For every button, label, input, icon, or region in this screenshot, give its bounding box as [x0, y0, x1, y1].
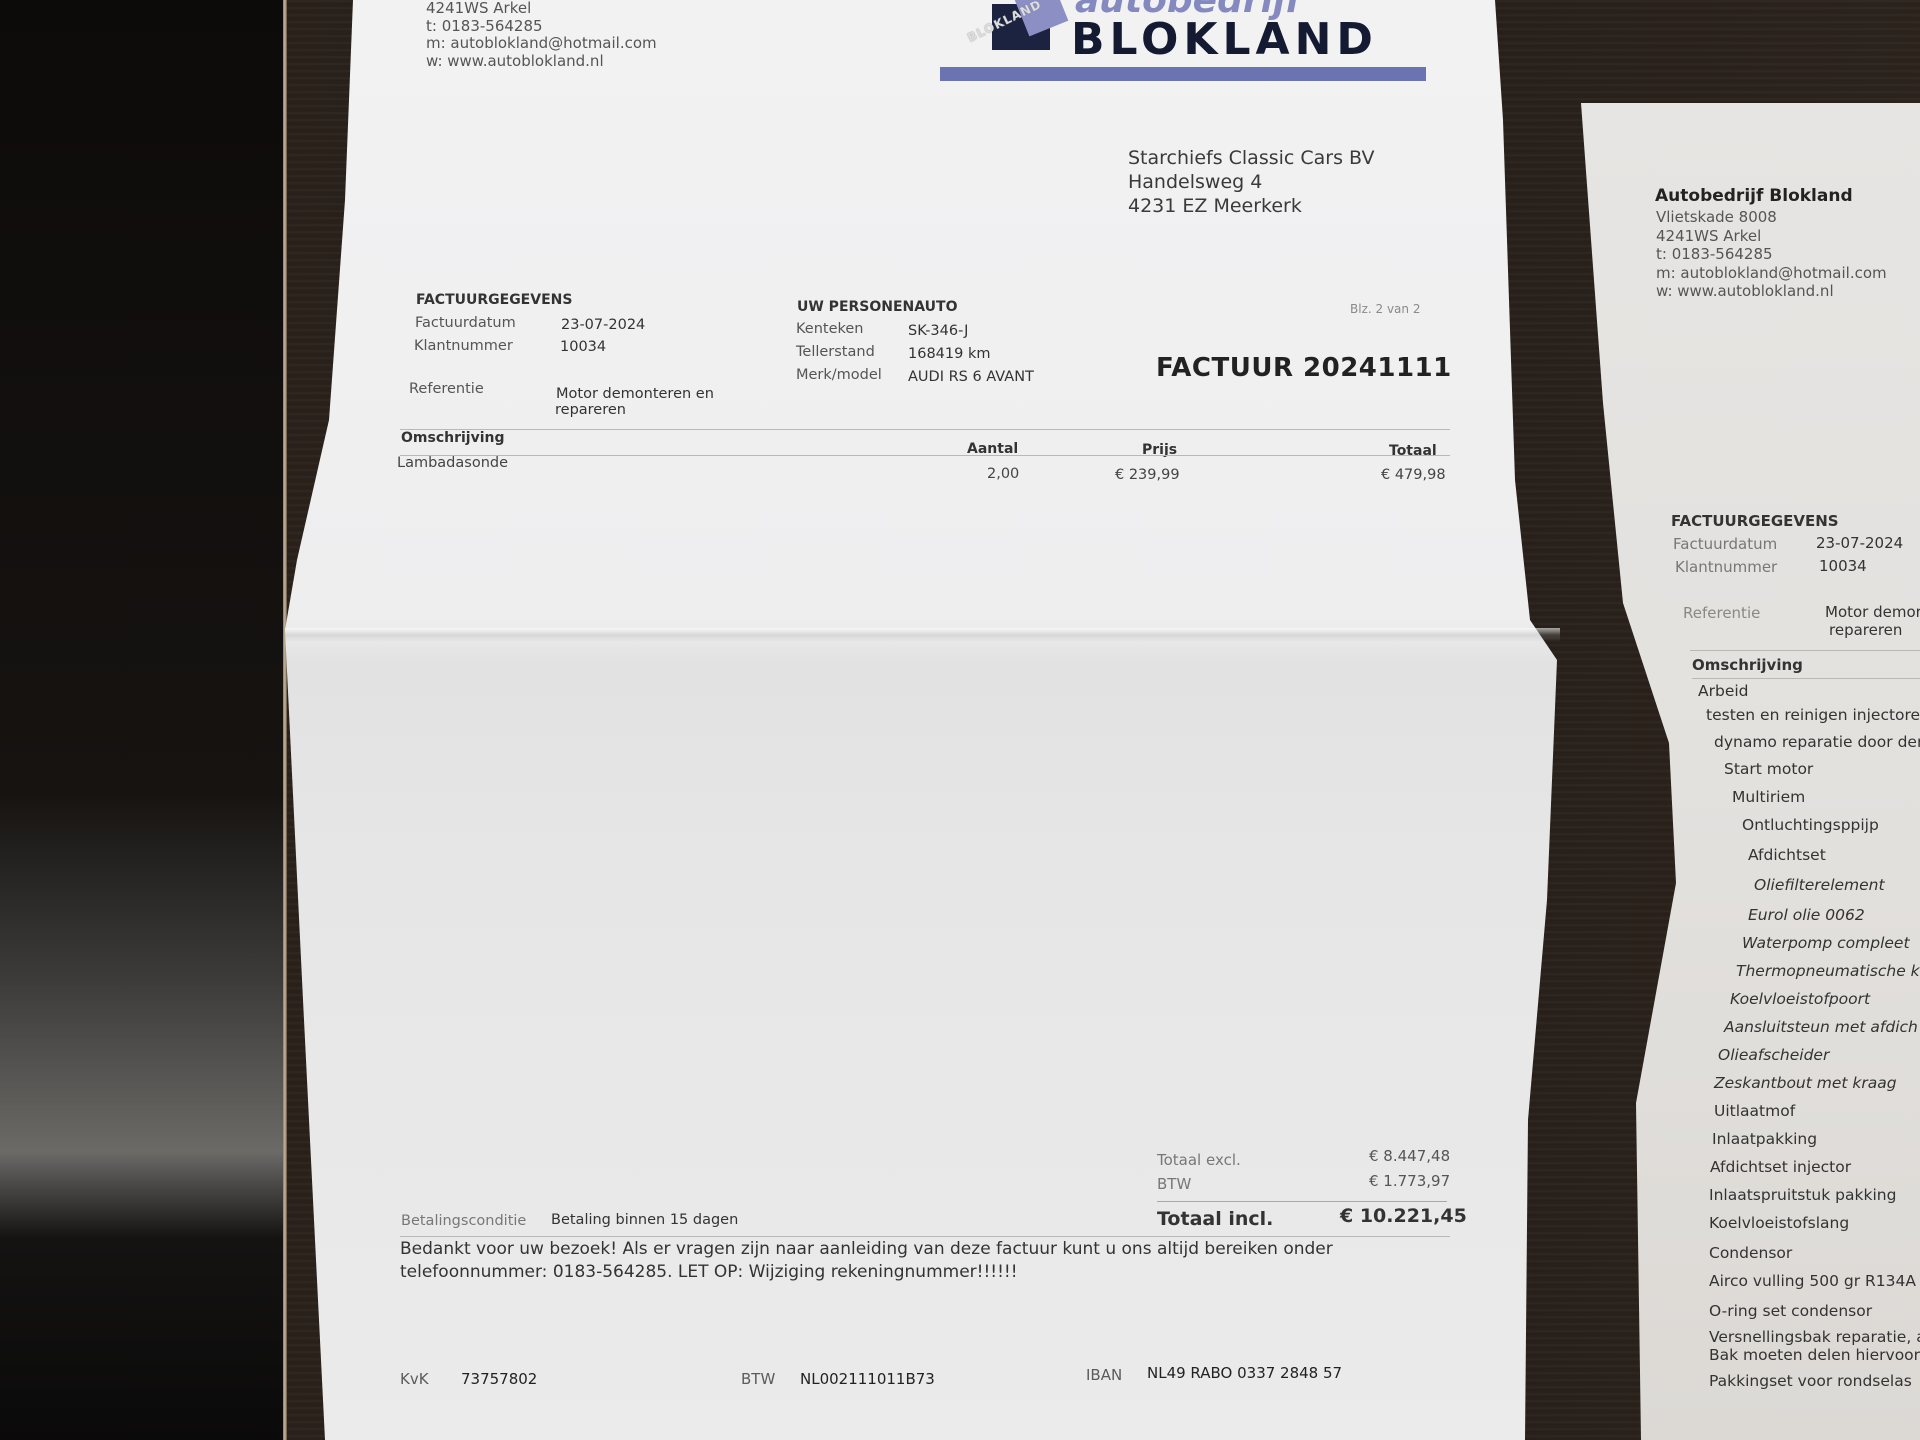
referentie-label: Referentie: [409, 381, 484, 397]
kvk-label: KvK: [400, 1370, 429, 1388]
second-item: Condensor: [1709, 1244, 1792, 1262]
second-item: dynamo reparatie door der: [1714, 733, 1920, 751]
totaal-incl-label: Totaal incl.: [1157, 1208, 1273, 1230]
factuurdatum-value: 23-07-2024: [561, 317, 645, 333]
row-totaal: € 479,98: [1381, 467, 1446, 483]
brand-name: BLOKLAND: [1071, 14, 1378, 65]
second-item: Uitlaatmof: [1714, 1102, 1795, 1120]
sender-line: 4241WS Arkel: [426, 0, 657, 18]
second-item: Thermopneumatische k: [1736, 962, 1920, 980]
col-header-omschrijving: Omschrijving: [401, 430, 505, 446]
second-item: Oliefilterelement: [1754, 876, 1885, 894]
factuurdatum-label: Factuurdatum: [415, 315, 516, 331]
second-item: Ontluchtingsppijp: [1742, 816, 1879, 834]
second-item: Eurol olie 0062: [1748, 906, 1865, 924]
iban-label: IBAN: [1086, 1366, 1122, 1384]
second-klantnummer-value: 10034: [1819, 557, 1867, 575]
tellerstand-value: 168419 km: [908, 346, 990, 362]
totaal-incl-value: € 10.221,45: [1340, 1205, 1467, 1227]
vehicle-title: UW PERSONENAUTO: [797, 299, 958, 315]
footer-rule: [400, 1236, 1450, 1237]
recipient-name: Starchiefs Classic Cars BV: [1128, 146, 1375, 170]
second-item: Koelvloeistofslang: [1709, 1214, 1849, 1232]
message-line2: telefoonnummer: 0183-564285. LET OP: Wij…: [400, 1261, 1333, 1284]
second-address-line: 4241WS Arkel: [1656, 227, 1887, 246]
second-item: Start motor: [1724, 760, 1813, 778]
second-item: Multiriem: [1732, 788, 1805, 806]
sender-email: m: autoblokland@hotmail.com: [426, 35, 657, 53]
recipient-city: 4231 EZ Meerkerk: [1128, 194, 1375, 218]
merk-model-label: Merk/model: [796, 367, 882, 383]
second-referentie-line1: Motor demor: [1825, 603, 1920, 621]
referentie-line2: repareren: [555, 402, 626, 418]
factuurgegevens-title: FACTUURGEGEVENS: [416, 292, 572, 308]
referentie-line1: Motor demonteren en: [556, 386, 714, 402]
second-item: Olieafscheider: [1718, 1046, 1829, 1064]
btw-label: BTW: [1157, 1175, 1191, 1193]
second-item: Koelvloeistofpoort: [1730, 990, 1870, 1008]
second-table-rule: [1690, 650, 1920, 651]
second-item: Inlaatspruitstuk pakking: [1709, 1186, 1896, 1204]
second-address-line: t: 0183-564285: [1656, 245, 1887, 264]
message-line1: Bedankt voor uw bezoek! Als er vragen zi…: [400, 1238, 1333, 1261]
background-dark-chair: [0, 0, 290, 1440]
sender-address: 4241WS Arkel t: 0183-564285 m: autoblokl…: [426, 0, 657, 70]
totaal-excl-label: Totaal excl.: [1157, 1151, 1241, 1169]
second-item: testen en reinigen injectoren: [1706, 706, 1920, 724]
second-company-name: Autobedrijf Blokland: [1655, 186, 1853, 206]
row-aantal: 2,00: [987, 466, 1019, 482]
footer-btw-label: BTW: [741, 1370, 775, 1388]
sender-phone: t: 0183-564285: [426, 18, 657, 36]
col-header-totaal: Totaal: [1389, 443, 1437, 459]
footer-btw-value: NL002111011B73: [800, 1370, 935, 1388]
second-address: Vlietskade 8008 4241WS Arkel t: 0183-564…: [1656, 208, 1887, 301]
second-item: Zeskantbout met kraag: [1714, 1074, 1897, 1092]
second-item: Inlaatpakking: [1712, 1130, 1817, 1148]
kenteken-label: Kenteken: [796, 321, 864, 337]
second-omschrijving-header: Omschrijving: [1692, 656, 1803, 674]
second-item: Airco vulling 500 gr R134A: [1709, 1272, 1916, 1290]
second-item: Bak moeten delen hiervoor.: [1709, 1346, 1920, 1364]
second-item: Afdichtset injector: [1710, 1158, 1851, 1176]
second-klantnummer-label: Klantnummer: [1675, 558, 1777, 576]
betalingsconditie-label: Betalingsconditie: [401, 1213, 526, 1229]
recipient-street: Handelsweg 4: [1128, 170, 1375, 194]
second-factuurdatum-label: Factuurdatum: [1673, 535, 1777, 553]
second-item: Arbeid: [1698, 682, 1749, 700]
brand-bar: [940, 67, 1426, 81]
second-item: Afdichtset: [1748, 846, 1826, 864]
klantnummer-value: 10034: [560, 339, 606, 355]
second-factuurgegevens-title: FACTUURGEGEVENS: [1671, 512, 1839, 530]
second-referentie-line2: repareren: [1829, 621, 1902, 639]
totals-rule: [1157, 1201, 1447, 1202]
thank-you-message: Bedankt voor uw bezoek! Als er vragen zi…: [400, 1238, 1333, 1284]
second-address-line: w: www.autoblokland.nl: [1656, 282, 1887, 301]
merk-model-value: AUDI RS 6 AVANT: [908, 369, 1034, 385]
second-item: Aansluitsteun met afdich: [1724, 1018, 1918, 1036]
second-header-rule: [1692, 678, 1920, 679]
row-omschrijving: Lambadasonde: [397, 455, 508, 471]
kvk-value: 73757802: [461, 1370, 537, 1388]
second-item: O-ring set condensor: [1709, 1302, 1872, 1320]
table-top-rule: [400, 429, 1450, 430]
betalingsconditie-value: Betaling binnen 15 dagen: [551, 1212, 738, 1228]
second-referentie-label: Referentie: [1683, 604, 1760, 622]
second-item: Waterpomp compleet: [1742, 934, 1910, 952]
invoice-title: FACTUUR 20241111: [1156, 353, 1452, 383]
second-address-line: m: autoblokland@hotmail.com: [1656, 264, 1887, 283]
recipient-address: Starchiefs Classic Cars BV Handelsweg 4 …: [1128, 146, 1375, 218]
btw-value: € 1.773,97: [1369, 1172, 1450, 1190]
totaal-excl-value: € 8.447,48: [1369, 1147, 1450, 1165]
iban-value: NL49 RABO 0337 2848 57: [1147, 1364, 1342, 1382]
page-indicator: Blz. 2 van 2: [1350, 302, 1420, 316]
klantnummer-label: Klantnummer: [414, 338, 513, 354]
row-prijs: € 239,99: [1115, 467, 1180, 483]
second-item: Pakkingset voor rondselas: [1709, 1372, 1912, 1390]
sender-website: w: www.autoblokland.nl: [426, 53, 657, 71]
second-address-line: Vlietskade 8008: [1656, 208, 1887, 227]
table-header-rule: [400, 455, 1450, 456]
second-factuurdatum-value: 23-07-2024: [1816, 534, 1903, 552]
kenteken-value: SK-346-J: [908, 323, 968, 339]
second-item: Versnellingsbak reparatie, a: [1709, 1328, 1920, 1346]
tellerstand-label: Tellerstand: [796, 344, 875, 360]
